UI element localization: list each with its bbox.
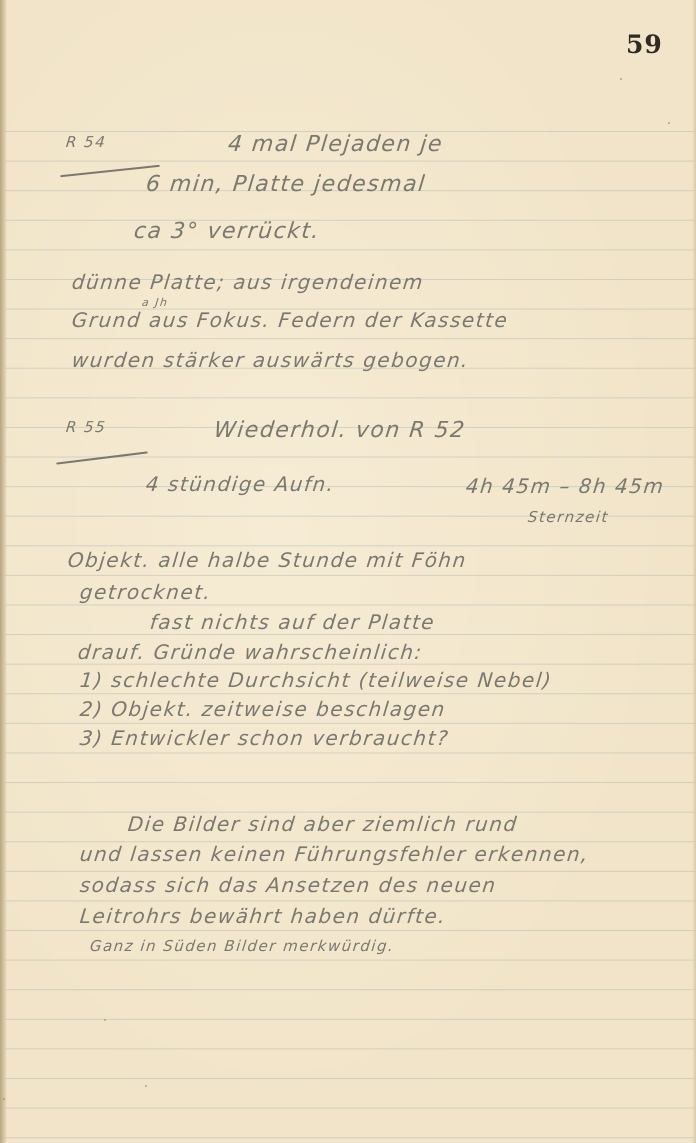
- entry-line: 6 min, Platte jedesmal: [145, 172, 427, 197]
- entry-line: Wiederhol. von R 52: [213, 418, 467, 443]
- summary-line: Leitrohrs bewährt haben dürfte.: [79, 904, 448, 928]
- entry-note-line: drauf. Gründe wahrscheinlich:: [77, 640, 424, 664]
- summary-line: sodass sich das Ansetzen des neuen: [79, 873, 498, 897]
- entry-note-line: dünne Platte; aus irgendeinem: [71, 270, 426, 294]
- page-edge: [692, 0, 696, 1143]
- paper-speck: [104, 1019, 106, 1021]
- reason-item: 2) Objekt. zeitweise beschlagen: [79, 697, 447, 721]
- paper-speck: [620, 78, 622, 80]
- page-number: 59: [626, 30, 663, 59]
- paper-speck: [668, 122, 670, 124]
- paper-speck: [3, 1098, 5, 1100]
- entry-note-line: wurden stärker auswärts gebogen.: [71, 348, 471, 372]
- entry-line: 4 stündige Aufn.: [145, 472, 336, 496]
- summary-line: Ganz in Süden Bilder merkwürdig.: [89, 937, 395, 955]
- notebook-page: 59 R 54 4 mal Plejaden je 6 min, Platte …: [0, 0, 696, 1143]
- entry-note-line: fast nichts auf der Platte: [149, 610, 437, 634]
- summary-line: und lassen keinen Führungsfehler erkenne…: [79, 842, 591, 866]
- paper-speck: [145, 1085, 147, 1087]
- entry-label-r54: R 54: [65, 133, 107, 151]
- entry-label-r55: R 55: [65, 418, 107, 436]
- entry-time-note: Sternzeit: [527, 508, 610, 526]
- binding-edge: [0, 0, 7, 1143]
- reason-item: 3) Entwickler schon verbraucht?: [79, 726, 451, 750]
- reason-item: 1) schlechte Durchsicht (teilweise Nebel…: [79, 668, 554, 692]
- entry-line: 4 mal Plejaden je: [227, 132, 445, 157]
- entry-note-line: Objekt. alle halbe Stunde mit Föhn: [67, 548, 468, 572]
- summary-line: Die Bilder sind aber ziemlich rund: [127, 812, 519, 836]
- entry-note-line: getrocknet.: [79, 580, 213, 604]
- entry-line: ca 3° verrückt.: [133, 219, 322, 244]
- entry-note-line: Grund aus Fokus. Federn der Kassette: [71, 308, 510, 332]
- entry-time-range: 4h 45m – 8h 45m: [465, 474, 666, 498]
